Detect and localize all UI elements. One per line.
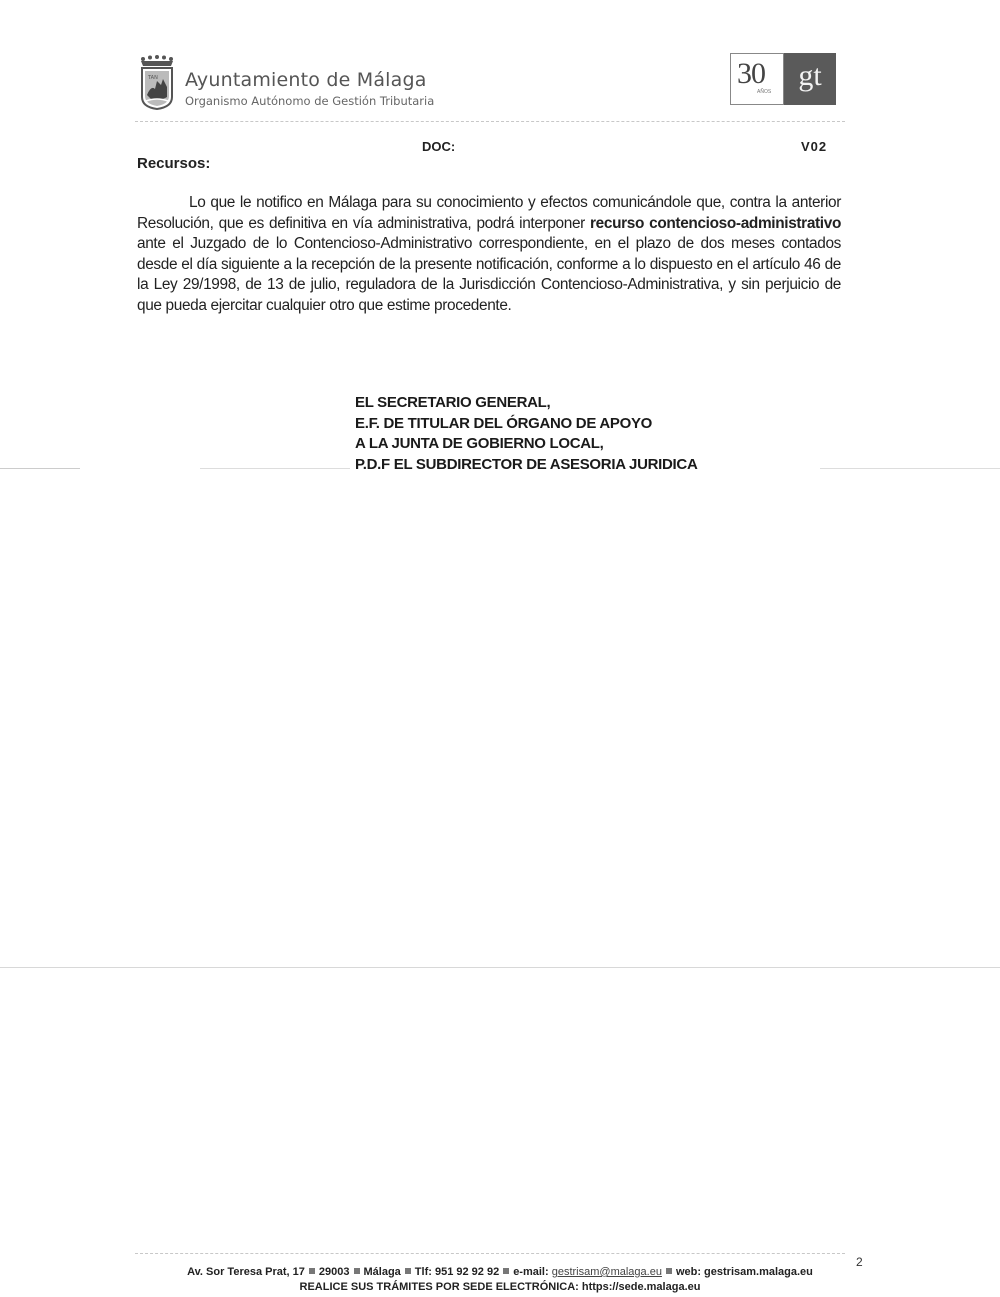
organization-title: Ayuntamiento de Málaga [185, 69, 427, 91]
footer-address: Av. Sor Teresa Prat, 17 [187, 1266, 305, 1278]
separator-square-icon [309, 1268, 315, 1274]
gt-monogram-logo: gt [784, 53, 836, 105]
section-title: Recursos: [137, 155, 210, 172]
malaga-coat-of-arms-icon: TAN [137, 55, 177, 111]
footer-email-label: e-mail: [513, 1266, 548, 1278]
footer-phone: Tlf: 951 92 92 92 [415, 1266, 499, 1278]
header-divider [135, 121, 845, 122]
paragraph-text-end: ante el Juzgado de lo Contencioso-Admini… [137, 235, 841, 314]
organization-subtitle: Organismo Autónomo de Gestión Tributaria [185, 94, 434, 108]
anniversary-subtext: AÑOS [757, 89, 771, 95]
signature-line: A LA JUNTA DE GOBIERNO LOCAL, [355, 434, 697, 455]
separator-square-icon [503, 1268, 509, 1274]
notification-paragraph: Lo que le notifico en Málaga para su con… [137, 193, 841, 317]
footer-sede-line[interactable]: REALICE SUS TRÁMITES POR SEDE ELECTRÓNIC… [0, 1281, 1000, 1293]
doc-label: DOC: [422, 139, 455, 154]
footer-postal-code: 29003 [319, 1266, 350, 1278]
anniversary-badge: 30 AÑOS [730, 53, 784, 105]
signature-line: E.F. DE TITULAR DEL ÓRGANO DE APOYO [355, 414, 697, 435]
signature-line: EL SECRETARIO GENERAL, [355, 393, 697, 414]
paper-fold-line [0, 468, 1000, 469]
signature-block: EL SECRETARIO GENERAL, E.F. DE TITULAR D… [355, 393, 697, 475]
footer-divider [135, 1253, 845, 1254]
anniversary-number: 30 [737, 57, 765, 91]
footer-email-link[interactable]: gestrisam@malaga.eu [552, 1266, 662, 1278]
version-label: V02 [801, 139, 827, 154]
gestrisam-30-years-logo: 30 AÑOS gt [730, 53, 836, 105]
footer-city: Málaga [364, 1266, 401, 1278]
svg-text:TAN: TAN [147, 75, 158, 81]
signature-line: P.D.F EL SUBDIRECTOR DE ASESORIA JURIDIC… [355, 455, 697, 476]
footer-contact-line: Av. Sor Teresa Prat, 1729003MálagaTlf: 9… [0, 1266, 1000, 1278]
footer-web[interactable]: web: gestrisam.malaga.eu [676, 1266, 813, 1278]
separator-square-icon [666, 1268, 672, 1274]
paragraph-bold-text: recurso contencioso-administrativo [590, 215, 841, 232]
separator-square-icon [354, 1268, 360, 1274]
separator-square-icon [405, 1268, 411, 1274]
paper-fold-line [0, 967, 1000, 968]
